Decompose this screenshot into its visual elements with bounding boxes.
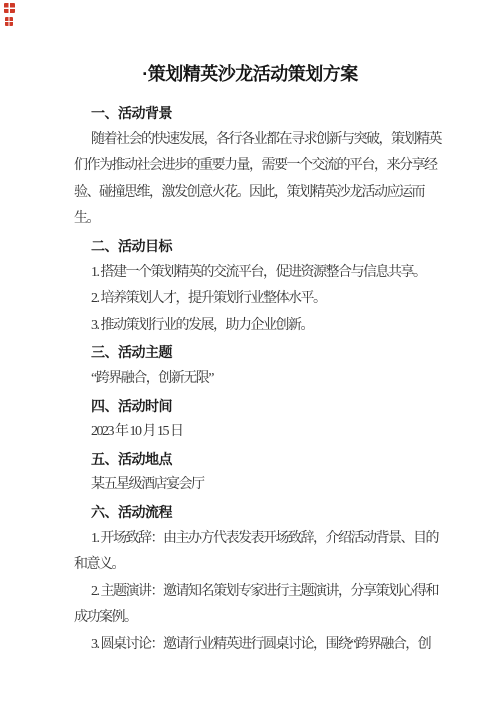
section-heading-activity-process: 六、活动流程 <box>74 499 474 526</box>
document-body: 一、活动背景 随着社会的快速发展，各行各业都在寻求创新与突破，策划精英 们作为推… <box>74 100 474 658</box>
process-item-3: 3. 圆桌讨论：邀请行业精英进行圆桌讨论，围绕“跨界融合，创 <box>74 632 474 659</box>
red-mark-icon <box>5 17 13 26</box>
process-item-2: 2. 主题演讲：邀请知名策划专家进行主题演讲，分享策划心得和 成功案例。 <box>74 579 474 632</box>
activity-time-text: 2023 年 10 月 15 日 <box>74 419 474 446</box>
process-item-1: 1. 开场致辞：由主办方代表发表开场致辞，介绍活动背景、目的 和意义。 <box>74 526 474 579</box>
section-heading-activity-theme: 三、活动主题 <box>74 339 474 366</box>
activity-location-text: 某五星级酒店宴会厅 <box>74 472 474 499</box>
goal-item-1: 1. 搭建一个策划精英的交流平台，促进资源整合与信息共享。 <box>74 260 474 287</box>
section-heading-activity-location: 五、活动地点 <box>74 446 474 473</box>
goal-item-3: 3. 推动策划行业的发展，助力企业创新。 <box>74 313 474 340</box>
document-page: ·策划精英沙龙活动策划方案 一、活动背景 随着社会的快速发展，各行各业都在寻求创… <box>0 0 500 707</box>
red-mark-icon <box>4 3 15 13</box>
section-heading-activity-background: 一、活动背景 <box>74 100 474 127</box>
section-heading-activity-time: 四、活动时间 <box>74 393 474 420</box>
goal-item-2: 2. 培养策划人才，提升策划行业整体水平。 <box>74 286 474 313</box>
activity-background-paragraph: 随着社会的快速发展，各行各业都在寻求创新与突破，策划精英 们作为推动社会进步的重… <box>74 127 474 233</box>
document-title: ·策划精英沙龙活动策划方案 <box>0 61 500 87</box>
activity-theme-text: “跨界融合，创新无限” <box>74 366 474 393</box>
red-corner-watermark-icon <box>4 3 18 26</box>
section-heading-activity-goals: 二、活动目标 <box>74 233 474 260</box>
